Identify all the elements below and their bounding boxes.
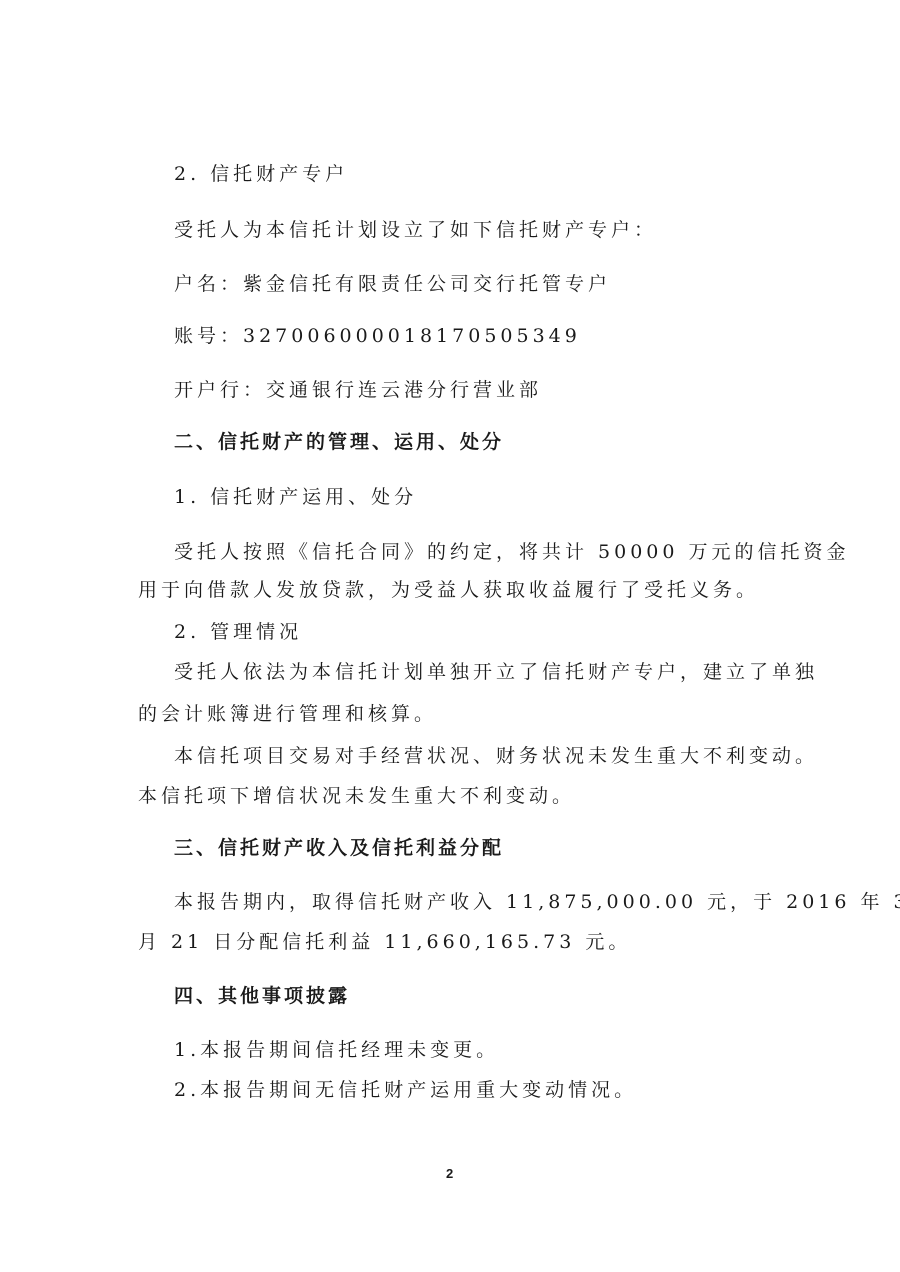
section-3-heading: 三、信托财产收入及信托利益分配 [174, 836, 504, 860]
section-2-sub2-para2-line1: 本信托项目交易对手经营状况、财务状况未发生重大不利变动。 [174, 744, 818, 768]
section-4-heading: 四、其他事项披露 [174, 984, 350, 1008]
section-2-sub2-para2-line2: 本信托项下增信状况未发生重大不利变动。 [138, 784, 575, 808]
section-2-sub1-para-line2: 用于向借款人发放贷款，为受益人获取收益履行了受托义务。 [138, 578, 759, 602]
section-2-sub2-heading: 2. 管理情况 [174, 620, 302, 644]
section-4-item-2: 2.本报告期间无信托财产运用重大变动情况。 [174, 1078, 637, 1102]
account-bank: 开户行：交通银行连云港分行营业部 [174, 378, 542, 402]
section-2-sub2-para1-line2: 的会计账簿进行管理和核算。 [138, 702, 437, 726]
page-number: 2 [446, 1166, 453, 1181]
section-2-sub2-para1-line1: 受托人依法为本信托计划单独开立了信托财产专户，建立了单独 [174, 660, 818, 684]
account-name: 户名：紫金信托有限责任公司交行托管专户 [174, 272, 611, 296]
account-intro: 受托人为本信托计划设立了如下信托财产专户： [174, 218, 657, 242]
account-number: 账号：327006000018170505349 [174, 324, 581, 348]
account-subheading: 2. 信托财产专户 [174, 162, 348, 186]
section-2-sub1-para-line1: 受托人按照《信托合同》的约定，将共计 50000 万元的信托资金 [174, 540, 850, 564]
section-2-heading: 二、信托财产的管理、运用、处分 [174, 430, 504, 454]
section-2-sub1-heading: 1. 信托财产运用、处分 [174, 485, 417, 509]
section-3-para-line2: 月 21 日分配信托利益 11,660,165.73 元。 [138, 930, 631, 954]
section-3-para-line1: 本报告期内，取得信托财产收入 11,875,000.00 元，于 2016 年 … [174, 890, 900, 914]
section-4-item-1: 1.本报告期间信托经理未变更。 [174, 1038, 499, 1062]
